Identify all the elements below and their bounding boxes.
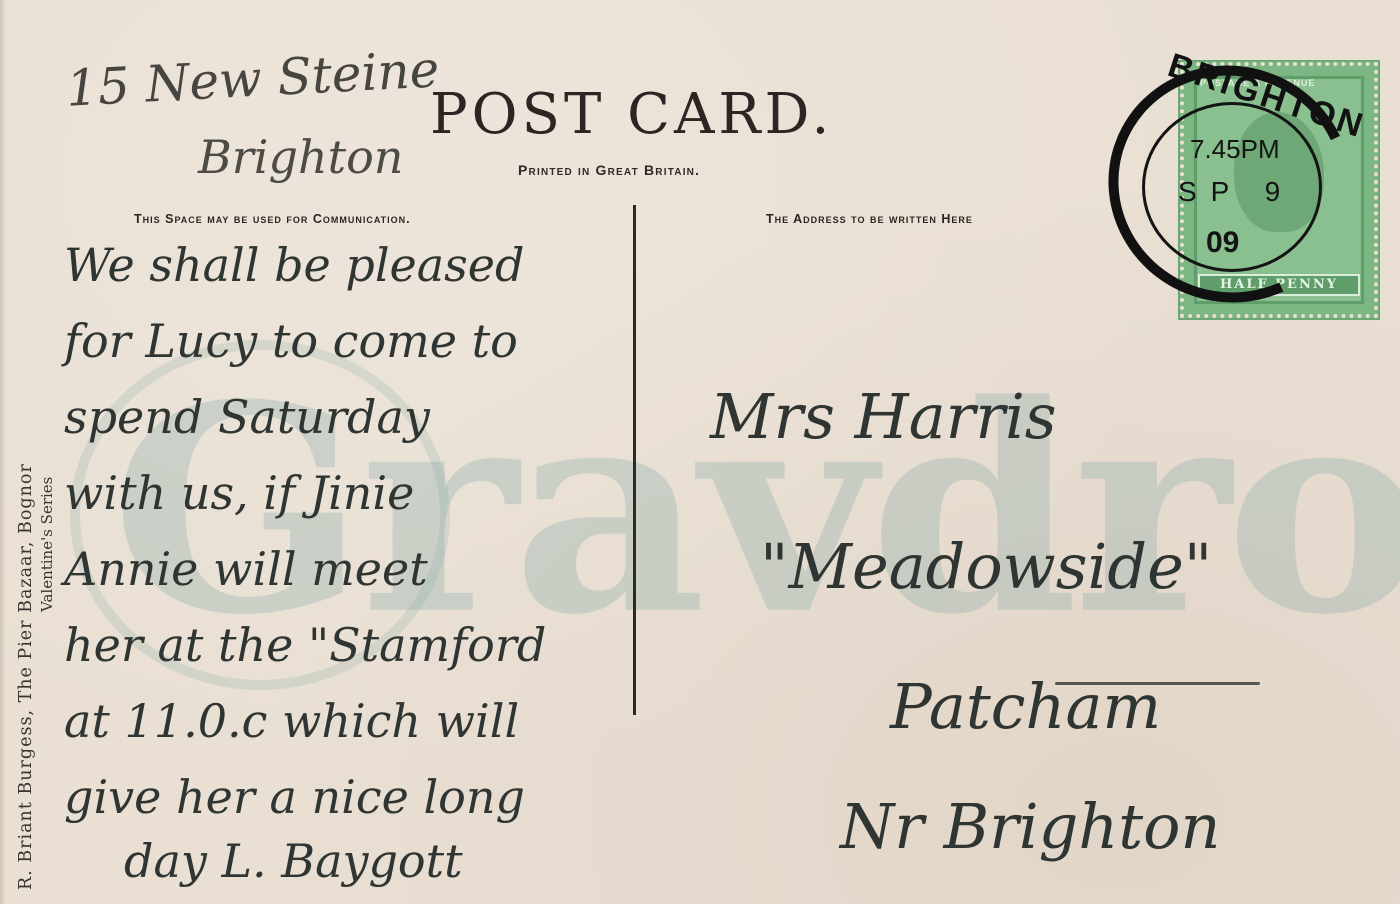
- address-label: The Address to be written Here: [766, 212, 973, 226]
- message-line: spend Saturday: [64, 390, 430, 444]
- return-address-line-1: 15 New Steine: [65, 40, 441, 117]
- postmark: BRIGHTON 7.45PM SP 9 09: [1108, 66, 1364, 306]
- communication-label: This Space may be used for Communication…: [134, 212, 411, 226]
- postmark-time: 7.45PM: [1190, 134, 1280, 165]
- postmark-day: 9: [1265, 176, 1295, 207]
- address-line-name: Mrs Harris: [710, 380, 1057, 453]
- postcard-title: POST CARD.: [430, 82, 833, 147]
- postmark-date: SP 9: [1178, 176, 1294, 208]
- publisher-line-1: R. Briant Burgess, The Pier Bazaar, Bogn…: [16, 463, 36, 890]
- message-line: give her a nice long: [64, 770, 525, 824]
- postmark-month: SP: [1178, 176, 1243, 207]
- address-line-house: "Meadowside": [760, 530, 1212, 603]
- address-line-town: Nr Brighton: [840, 790, 1220, 863]
- publisher-imprint: R. Briant Burgess, The Pier Bazaar, Bogn…: [16, 463, 56, 890]
- center-divider: [633, 205, 636, 715]
- printed-in-label: Printed in Great Britain.: [518, 162, 700, 178]
- postcard: Gravdrods R. Briant Burgess, The Pier Ba…: [0, 0, 1400, 904]
- publisher-line-2: Valentine's Series: [38, 463, 56, 612]
- message-line: her at the "Stamford: [64, 618, 546, 672]
- message-line: Annie will meet: [64, 542, 428, 596]
- address-underline: [1055, 682, 1260, 685]
- message-line: We shall be pleased: [64, 238, 524, 292]
- message-line: at 11.0.c which will: [64, 694, 519, 748]
- message-line: for Lucy to come to: [64, 314, 518, 368]
- postmark-year: 09: [1206, 226, 1239, 260]
- message-signature: day L. Baygott: [124, 834, 463, 888]
- address-line-village: Patcham: [890, 670, 1161, 743]
- message-line: with us, if Jinie: [64, 466, 414, 520]
- return-address-line-2: Brighton: [198, 130, 403, 184]
